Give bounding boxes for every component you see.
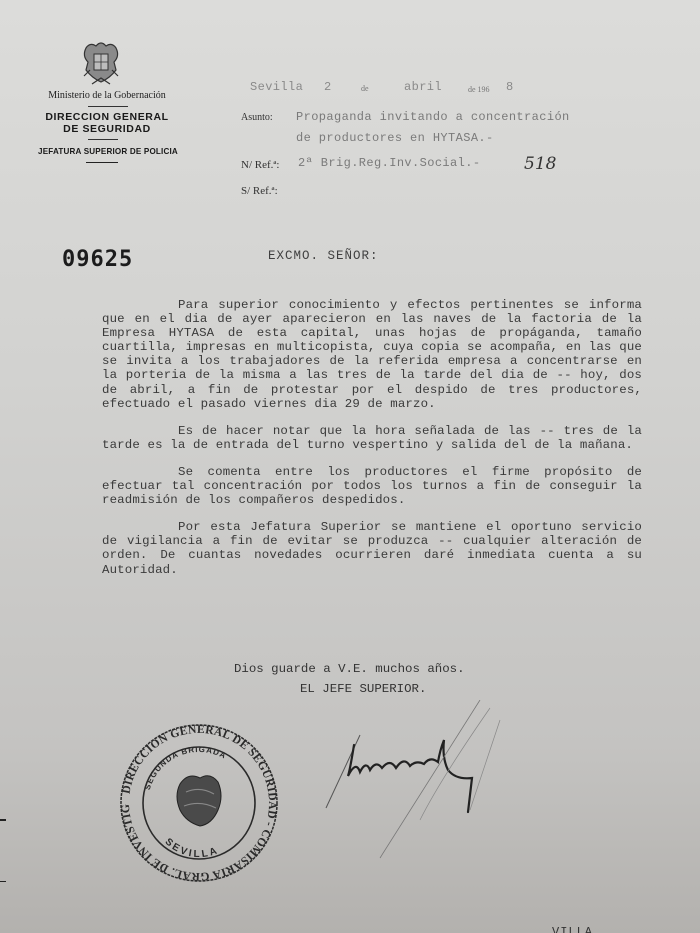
subject-line1: Propaganda invitando a concentración	[296, 110, 570, 124]
your-ref-label: S/ Ref.ª:	[241, 185, 278, 197]
closing-line: Dios guarde a V.E. muchos años.	[234, 662, 465, 677]
divider	[88, 106, 128, 107]
ministry-name: Ministerio de la Gobernación	[32, 90, 182, 101]
our-ref-label: N/ Ref.ª:	[241, 159, 279, 171]
edge-mark	[0, 819, 6, 821]
salutation: EXCMO. SEÑOR:	[268, 249, 379, 263]
registry-number: 09625	[62, 247, 133, 272]
stamp-crest-icon	[177, 776, 221, 826]
body-paragraph: Se comenta entre los productores el firm…	[102, 465, 642, 507]
divider	[86, 162, 118, 163]
coat-of-arms-icon	[80, 40, 122, 86]
date-de: de	[361, 84, 369, 93]
subject-line2: de productores en HYTASA.-	[296, 131, 494, 145]
date-year-prefix: de 196	[468, 85, 490, 94]
direction-line2: DE SEGURIDAD	[32, 123, 182, 135]
date-place: Sevilla	[250, 80, 303, 94]
our-ref: 2ª Brig.Reg.Inv.Social.-	[298, 156, 480, 170]
direction-general: DIRECCION GENERAL DE SEGURIDAD	[32, 111, 182, 135]
body-paragraph: Por esta Jefatura Superior se mantiene e…	[102, 520, 642, 576]
official-stamp: DIRECCION GENERAL DE SEGURIDAD - COMISAR…	[118, 722, 280, 884]
svg-text:SEVILLA: SEVILLA	[163, 836, 221, 860]
signatory-title: EL JEFE SUPERIOR.	[300, 682, 426, 696]
office-name: JEFATURA SUPERIOR DE POLICIA	[32, 146, 184, 156]
date-day: 2	[324, 80, 332, 94]
letter-body: Para superior conocimiento y efectos per…	[102, 298, 642, 590]
date-month: abril	[404, 80, 442, 94]
our-ref-handwritten: 518	[524, 154, 556, 174]
bottom-fragment: VILLA	[552, 925, 593, 933]
direction-line1: DIRECCION GENERAL	[32, 111, 182, 123]
body-paragraph: Para superior conocimiento y efectos per…	[102, 298, 642, 411]
date-year-digit: 8	[506, 80, 514, 94]
edge-mark	[0, 881, 6, 882]
handwritten-signature	[320, 700, 560, 860]
stamp-inner-bottom: SEVILLA	[163, 836, 221, 860]
body-paragraph: Es de hacer notar que la hora señalada d…	[102, 424, 642, 452]
document-page: Ministerio de la Gobernación DIRECCION G…	[0, 0, 700, 933]
subject-label: Asunto:	[241, 112, 273, 123]
divider	[88, 139, 118, 140]
